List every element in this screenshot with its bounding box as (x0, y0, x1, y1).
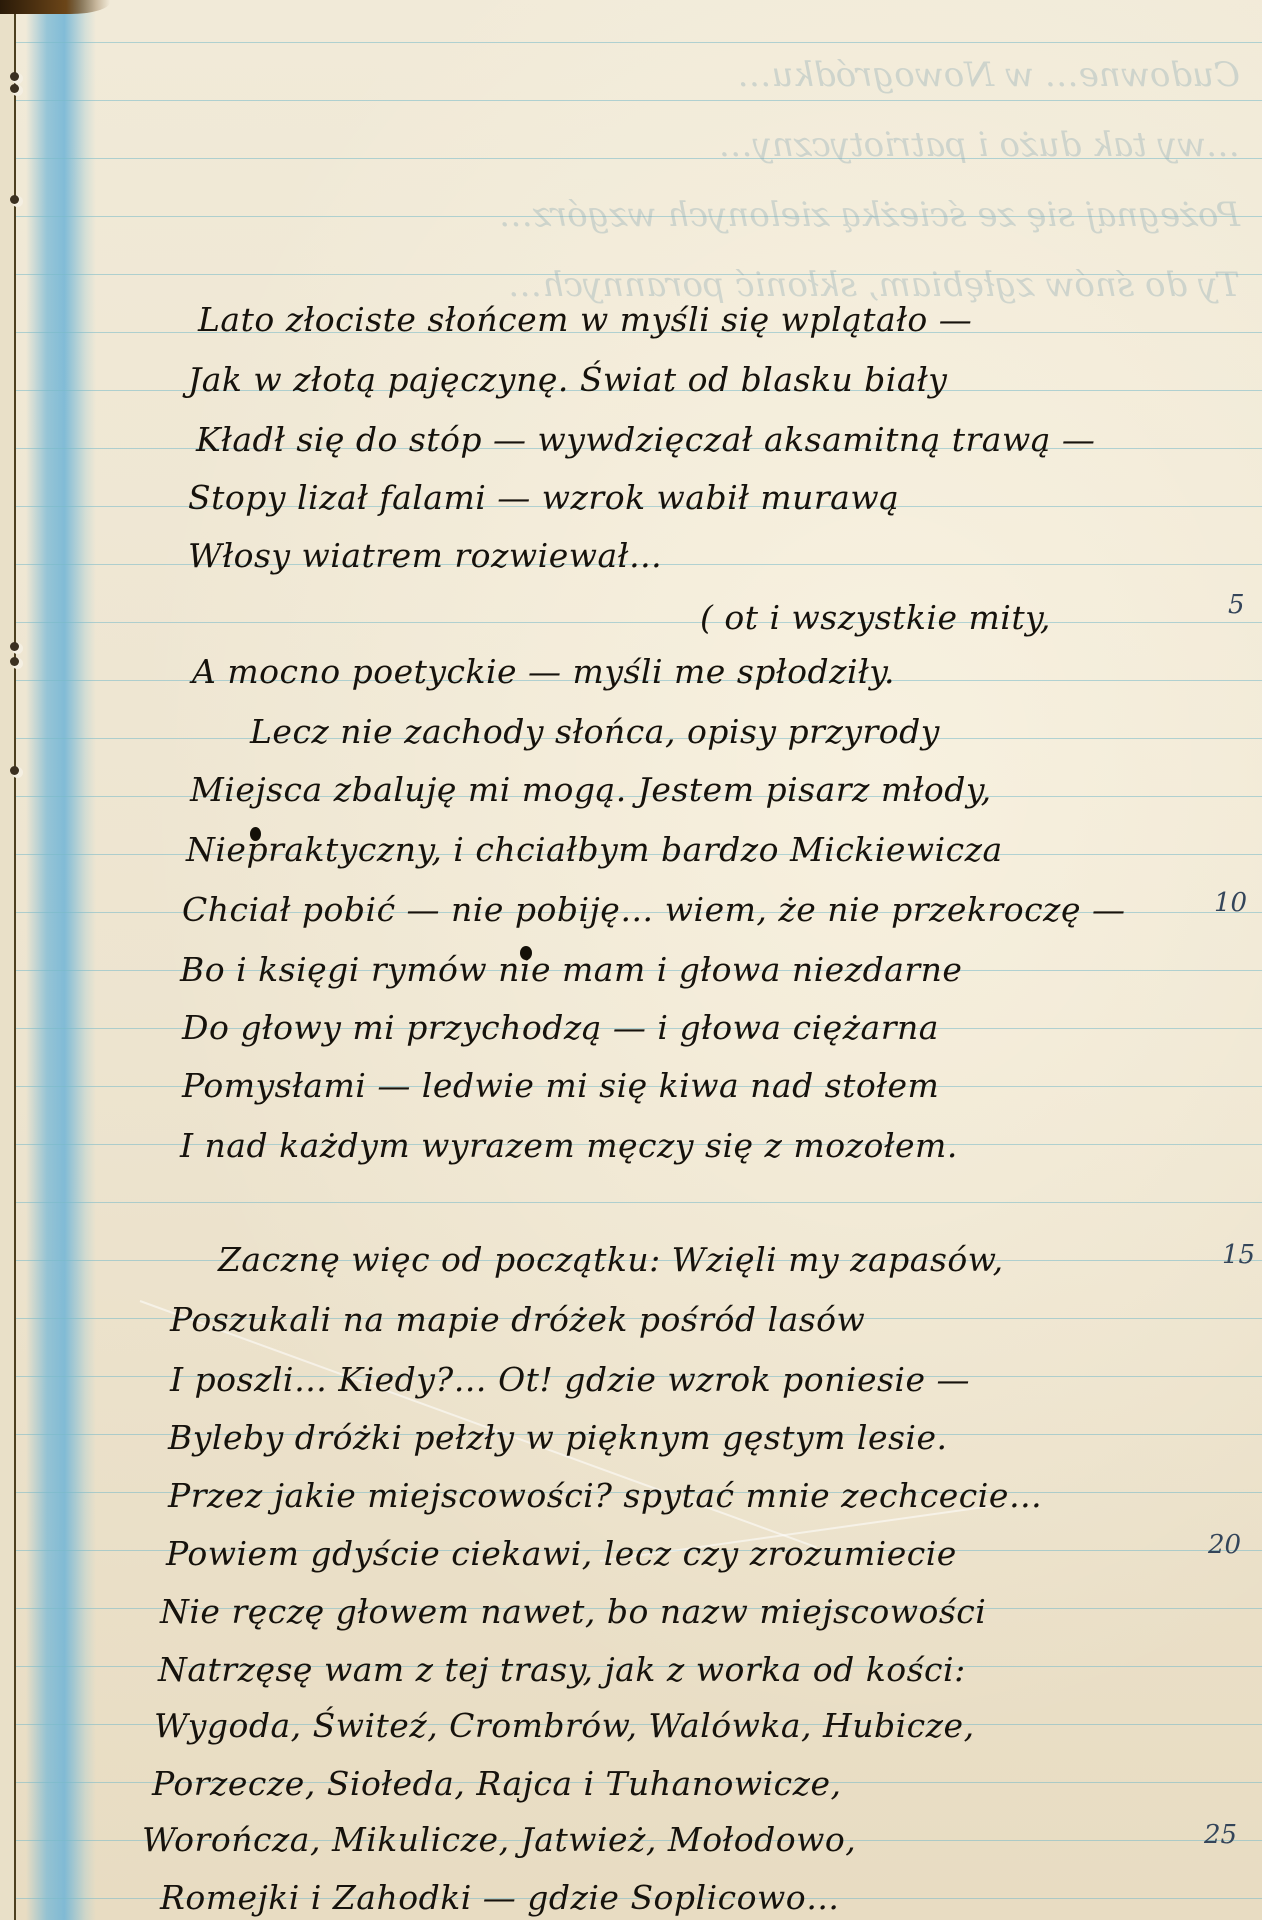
verse-line: Niepraktyczny, i chciałbym bardzo Mickie… (186, 830, 1003, 869)
verse-line: Wygoda, Świteź, Crombrów, Walówka, Hubic… (154, 1706, 975, 1745)
poem: Lato złociste słońcem w myśli się wpląta… (0, 0, 1262, 1920)
verse-line: Przez jakie miejscowości? spytać mnie ze… (168, 1476, 1042, 1515)
verse-line: I poszli… Kiedy?… Ot! gdzie wzrok ponies… (170, 1360, 970, 1399)
verse-line: Miejsca zbaluję mi mogą. Jestem pisarz m… (190, 770, 992, 809)
line-number: 5 (1228, 590, 1245, 620)
ink-blot (250, 827, 261, 841)
verse-line: ( ot i wszystkie mity, (700, 598, 1051, 637)
verse-line: Lecz nie zachody słońca, opisy przyrody (250, 712, 940, 751)
verse-line: Stopy lizał falami — wzrok wabił murawą (188, 478, 899, 517)
line-number: 15 (1222, 1240, 1255, 1270)
verse-line: Zacznę więc od początku: Wzięli my zapas… (218, 1240, 1004, 1279)
verse-line: Powiem gdyście ciekawi, lecz czy zrozumi… (166, 1534, 957, 1573)
verse-line: Natrzęsę wam z tej trasy, jak z worka od… (158, 1650, 966, 1689)
verse-line: Kładł się do stóp — wywdzięczał aksamitn… (196, 420, 1095, 459)
verse-line: Byleby dróżki pełzły w pięknym gęstym le… (168, 1418, 948, 1457)
verse-line: Pomysłami — ledwie mi się kiwa nad stołe… (182, 1066, 939, 1105)
verse-line: Poszukali na mapie dróżek pośród lasów (170, 1300, 865, 1339)
verse-line: I nad każdym wyrazem męczy się z mozołem… (180, 1126, 958, 1165)
line-number: 20 (1208, 1530, 1241, 1560)
verse-line: Worończa, Mikulicze, Jatwież, Mołodowo, (142, 1820, 856, 1859)
verse-line: Do głowy mi przychodzą — i głowa ciężarn… (182, 1008, 939, 1047)
line-number: 25 (1204, 1820, 1237, 1850)
verse-line: Włosy wiatrem rozwiewał… (188, 536, 662, 575)
ink-blot (520, 946, 532, 960)
verse-line: Nie ręczę głowem nawet, bo nazw miejscow… (160, 1592, 986, 1631)
verse-line: Chciał pobić — nie pobiję… wiem, że nie … (182, 890, 1125, 929)
verse-line: Bo i księgi rymów nie mam i głowa niezda… (180, 950, 962, 989)
verse-line: Porzecze, Siołeda, Rajca i Tuhanowicze, (152, 1764, 842, 1803)
notebook-page: Cudowne… w Nowogródku… …wy tak dużo i pa… (0, 0, 1262, 1920)
verse-line: Romejki i Zahodki — gdzie Soplicowo… (160, 1878, 840, 1917)
verse-line: Lato złociste słońcem w myśli się wpląta… (198, 300, 972, 339)
verse-line: A mocno poetyckie — myśli me spłodziły. (192, 652, 895, 691)
verse-line: Jak w złotą pajęczynę. Świat od blasku b… (188, 360, 947, 399)
line-number: 10 (1214, 888, 1247, 918)
